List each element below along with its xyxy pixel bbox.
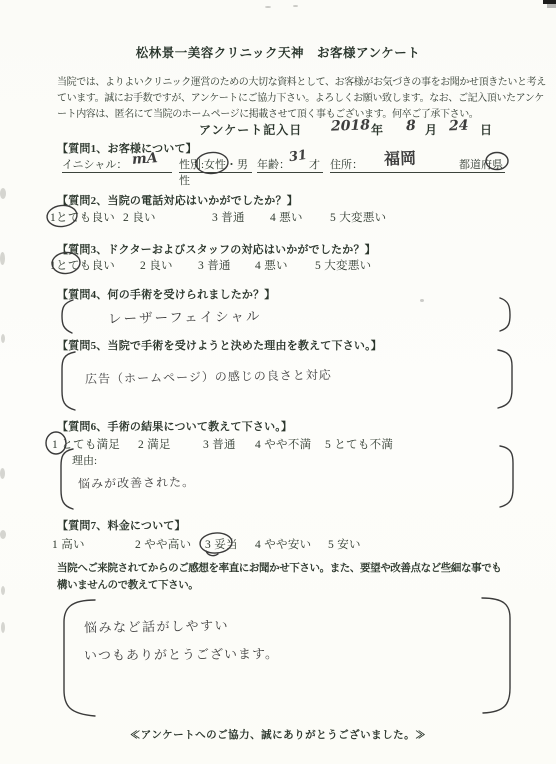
- address-value: 福岡: [384, 145, 417, 169]
- q3-option-5: 5 大変悪い: [315, 257, 371, 273]
- scan-artifact-corner-shadow: [547, 4, 556, 8]
- scan-artifact-dot: [420, 299, 424, 302]
- q7-option-5: 5 安い: [328, 536, 361, 552]
- date-label: アンケート記入日: [199, 121, 302, 138]
- initial-label: イニシャル：: [62, 156, 127, 172]
- q2-options-row: 1とても良い 2 良い 3 普通 4 悪い 5 大変悪い: [0, 209, 556, 225]
- q5-answer-box-right-bracket: [498, 350, 512, 408]
- address-field: 住所： 福岡 都道府県: [330, 153, 505, 173]
- q7-heading: 【質問7、料金について】: [57, 517, 186, 533]
- q3-heading: 【質問3、ドクターおよびスタッフの対応はいかがでしたか？】: [57, 241, 376, 257]
- q2-option-2: 2 良い: [123, 209, 156, 225]
- q2-option-1: 1とても良い: [50, 209, 115, 225]
- scan-artifact-smudge: [1, 586, 5, 595]
- gender-field: 性別:女性・男性: [179, 153, 252, 173]
- q3-options-row: 1とても良い 2 良い 3 普通 4 悪い 5 大変悪い: [0, 257, 556, 273]
- q6-reason-box-right-bracket: [500, 446, 513, 507]
- q2-option-5: 5 大変悪い: [330, 209, 386, 225]
- q4-answer: レーザーフェイシャル: [108, 305, 262, 328]
- page-title: 松林景一美容クリニック天神 お客様アンケート: [0, 43, 556, 61]
- q5-answer-box-left-bracket: [62, 352, 75, 410]
- q6-option-4: 4 やや不満: [255, 436, 311, 452]
- q2-heading: 【質問2、当院の電話対応はいかがでしたか？】: [57, 192, 298, 208]
- scan-artifact-dot: [265, 6, 271, 8]
- comment-prompt-line: 当院へご来院されてからのご感想を率直にお聞かせ下さい。また、要望や改善点など些細…: [57, 560, 501, 575]
- age-unit: 才: [309, 156, 320, 172]
- q5-answer: 広告（ホームページ）の感じの良さと対応: [85, 366, 332, 387]
- q7-option-2: 2 やや高い: [135, 536, 191, 552]
- scan-artifact-smudge: [1, 622, 5, 633]
- q6-option-2: 2 満足: [138, 436, 171, 452]
- scanned-survey-page: 松林景一美容クリニック天神 お客様アンケート 当院では、よりよいクリニック運営の…: [0, 0, 556, 764]
- q6-option-5: 5 とても不満: [325, 436, 393, 452]
- intro-line: 当院では、よりよいクリニック運営のための大切な資料として、お客様がお気づきの事を…: [57, 73, 546, 88]
- date-day-unit: 日: [480, 121, 492, 138]
- age-label: 年齢：: [257, 156, 290, 172]
- q3-option-4: 4 悪い: [255, 257, 288, 273]
- comment-prompt-line: 構いませんので教えて下さい。: [57, 577, 198, 592]
- address-label: 住所：: [330, 156, 363, 172]
- q2-option-4: 4 悪い: [270, 209, 303, 225]
- q6-reason-label: 理由:: [72, 452, 97, 468]
- scan-artifact-smudge: [0, 468, 5, 479]
- q6-heading: 【質問6、手術の結果について教えて下さい。】: [57, 418, 292, 434]
- date-month-value: 8: [406, 118, 417, 134]
- q5-heading: 【質問5、当院で手術を受けようと決めた理由を教えて下さい。】: [57, 337, 382, 353]
- scan-artifact-dot: [293, 5, 298, 7]
- q7-option-4: 4 やや安い: [255, 536, 311, 552]
- scan-artifact-smudge: [0, 188, 6, 199]
- comment-answer-line: いつもありがとうございます。: [84, 643, 279, 664]
- q6-reason: 悩みが改善された。: [78, 473, 195, 492]
- date-day-value: 24: [449, 118, 469, 135]
- date-year-unit: 年: [371, 121, 383, 138]
- comment-answer-line: 悩みなど話がしやすい: [84, 615, 229, 637]
- footer-thanks: ≪アンケートへのご協力、誠にありがとうございました。≫: [0, 727, 556, 742]
- q7-option-3: 3 妥当: [205, 536, 238, 552]
- q7-option-1: 1 高い: [52, 536, 85, 552]
- q6-option-1: 1 とても満足: [52, 436, 120, 452]
- q3-option-2: 2 良い: [140, 257, 173, 273]
- q6-option-3: 3 普通: [203, 436, 236, 452]
- address-suffix: 都道府県: [459, 156, 503, 172]
- scan-artifact-smudge: [1, 334, 5, 343]
- age-field: 年齢： 31 才: [257, 153, 323, 173]
- q3-option-1: 1とても良い: [50, 257, 115, 273]
- q3-option-3: 3 普通: [198, 257, 231, 273]
- age-value: 31: [288, 148, 308, 165]
- q4-heading: 【質問4、何の手術を受けられましたか？】: [57, 286, 276, 302]
- q4-answer-box-right-bracket: [500, 298, 510, 331]
- q7-options-row: 1 高い 2 やや高い 3 妥当 4 やや安い 5 安い: [0, 536, 556, 552]
- date-year-value: 2018: [331, 117, 371, 134]
- q6-options-row: 1 とても満足 2 満足 3 普通 4 やや不満 5 とても不満: [0, 436, 556, 452]
- q4-answer-box-left-bracket: [62, 300, 73, 333]
- initial-field: イニシャル： mA: [62, 153, 172, 173]
- q2-option-3: 3 普通: [212, 209, 245, 225]
- comment-box-right-bracket: [482, 598, 510, 713]
- gender-label: 性別:女性・男性: [179, 156, 252, 188]
- intro-line: ています。誠にお手数ですが、アンケートにご協力下さい。よろしくお願い致します。な…: [57, 89, 544, 104]
- date-month-unit: 月: [425, 121, 437, 138]
- initial-value: mA: [131, 150, 158, 168]
